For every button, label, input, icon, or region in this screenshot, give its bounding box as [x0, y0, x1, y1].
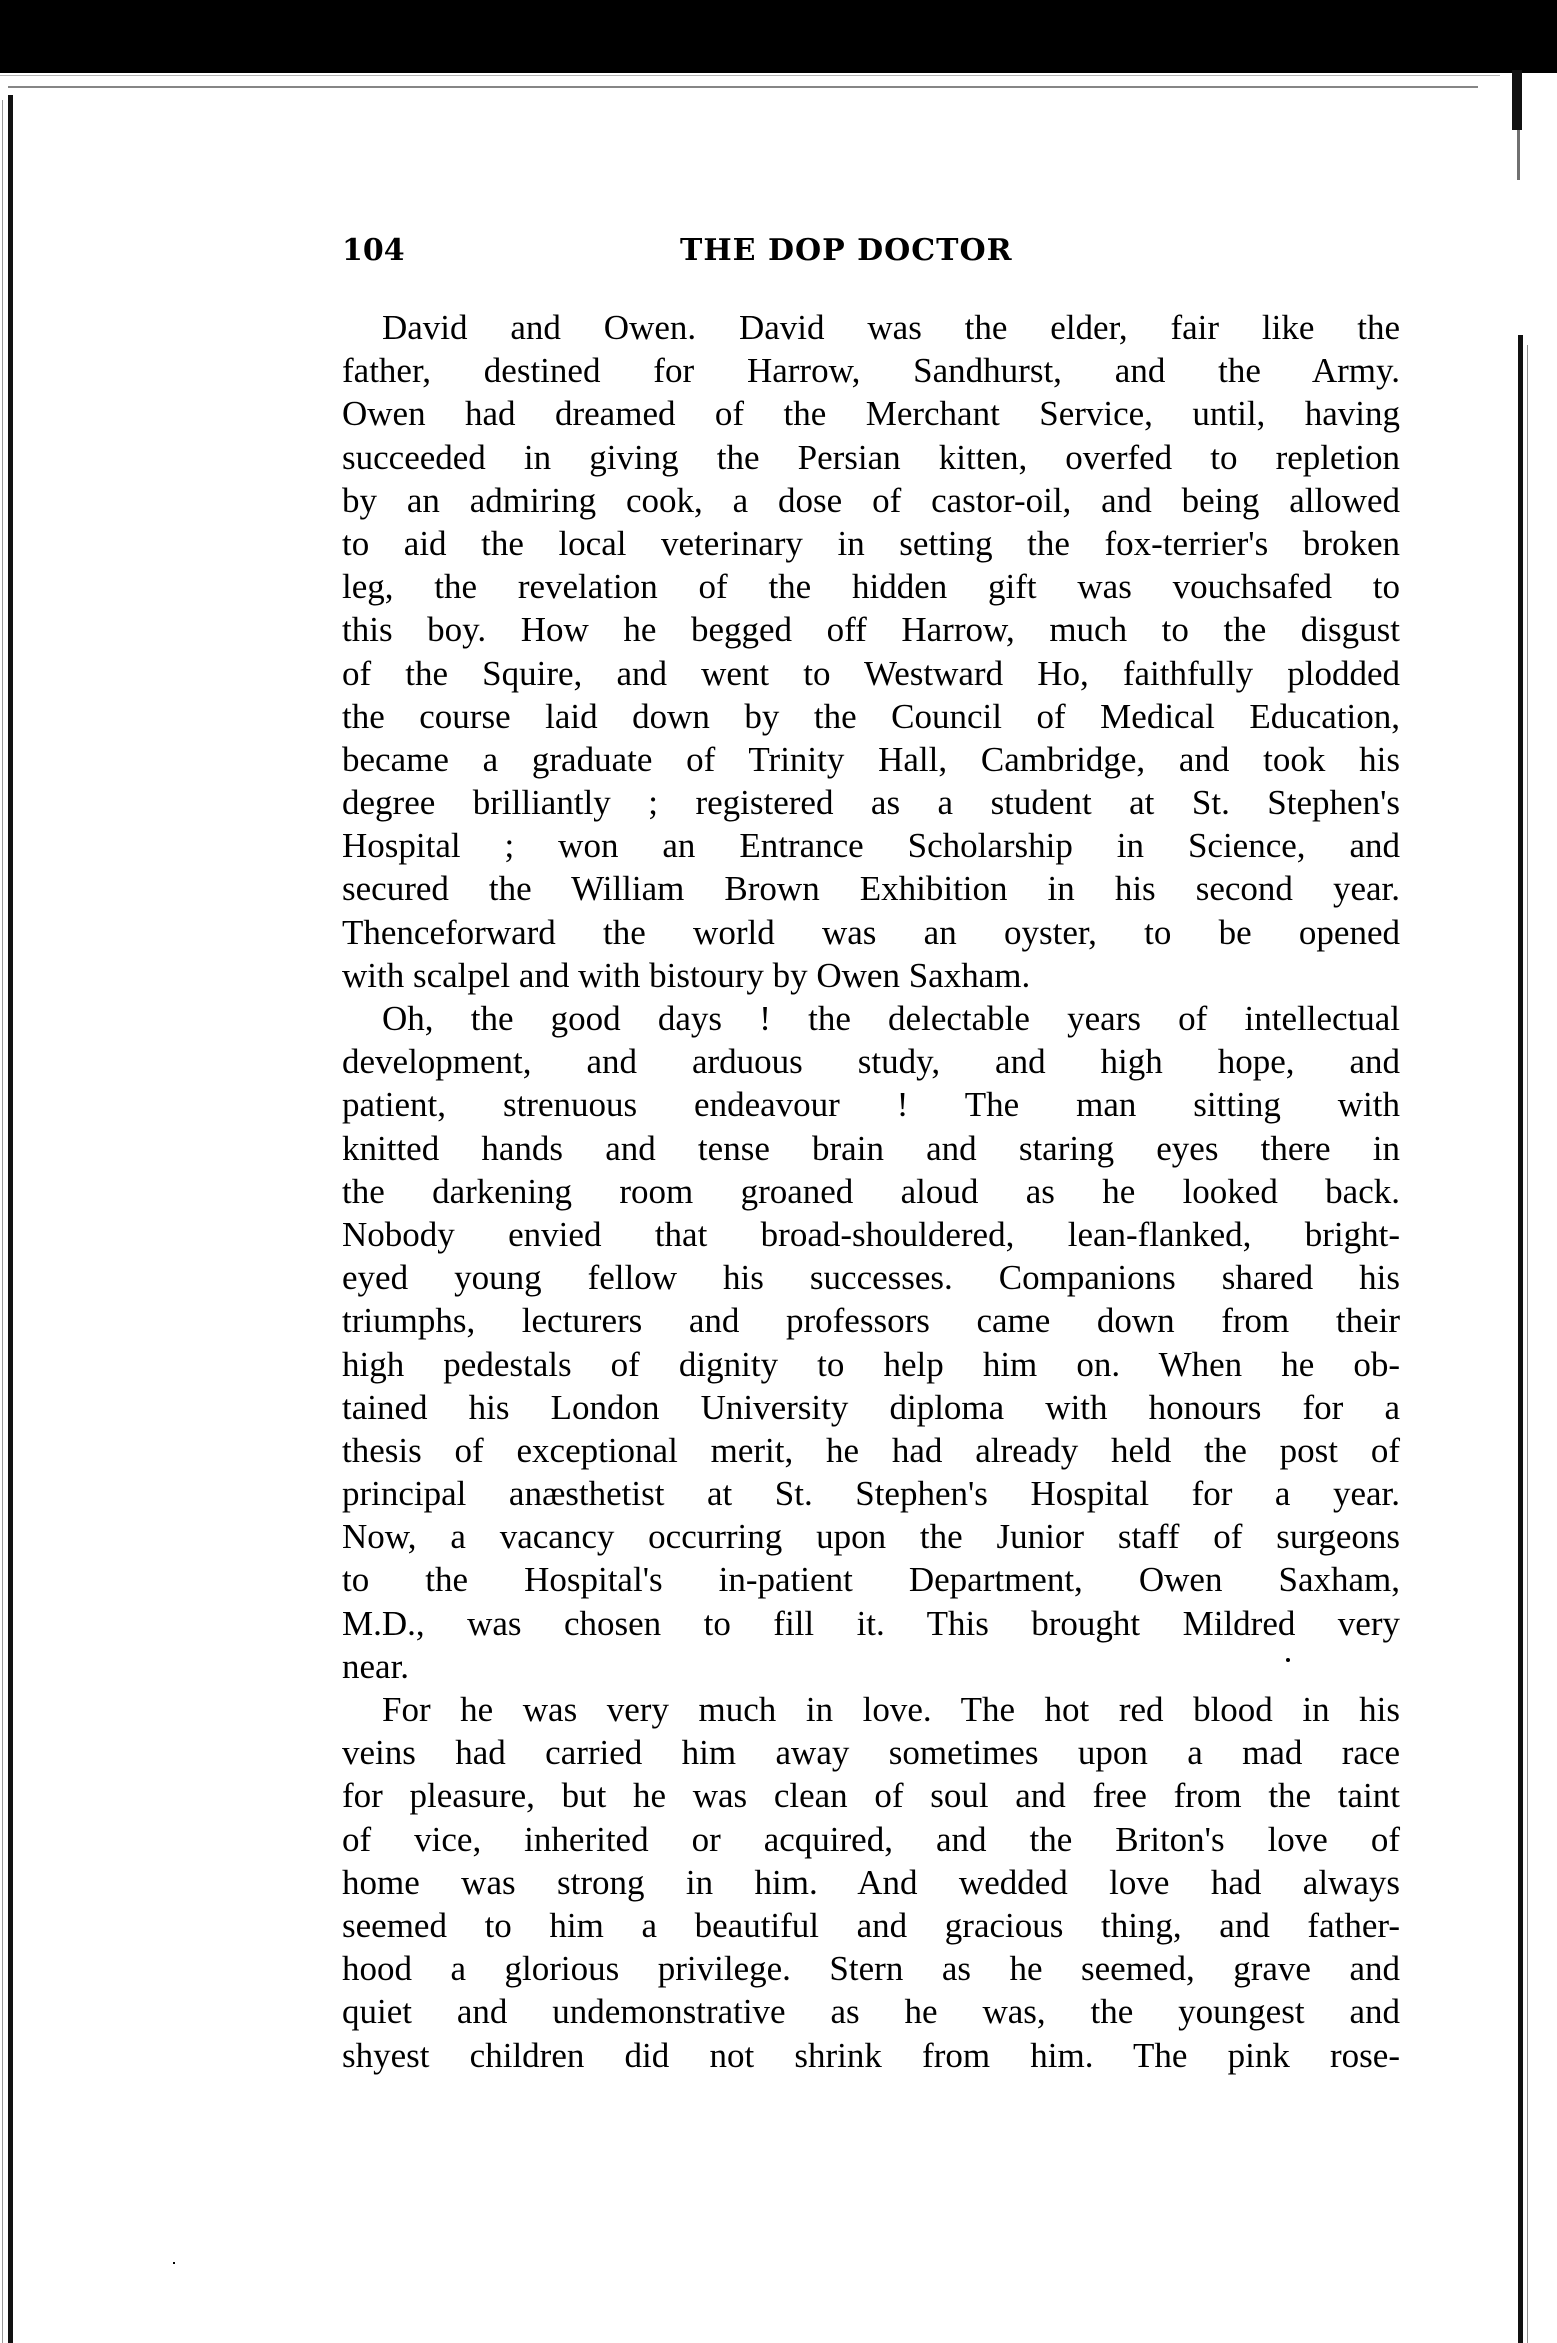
body-text: David and Owen. David was the elder, fai… — [342, 306, 1400, 2077]
page-number: 104 — [342, 233, 405, 268]
text-line: of the Squire, and went to Westward Ho, … — [342, 652, 1400, 695]
text-line: Oh, the good days ! the delectable years… — [342, 997, 1400, 1040]
ink-speck — [1286, 1658, 1290, 1662]
text-line: succeeded in giving the Persian kitten, … — [342, 436, 1400, 479]
text-line: For he was very much in love. The hot re… — [342, 1688, 1400, 1731]
text-line: high pedestals of dignity to help him on… — [342, 1343, 1400, 1386]
text-line: of vice, inherited or acquired, and the … — [342, 1818, 1400, 1861]
text-line: veins had carried him away sometimes upo… — [342, 1731, 1400, 1774]
text-line: Hospital ; won an Entrance Scholarship i… — [342, 824, 1400, 867]
text-line: to the Hospital's in-patient Department,… — [342, 1558, 1400, 1601]
page-corner-mark — [1512, 70, 1522, 130]
scan-black-band — [0, 0, 1557, 73]
text-line: principal anæsthetist at St. Stephen's H… — [342, 1472, 1400, 1515]
text-line: hood a glorious privilege. Stern as he s… — [342, 1947, 1400, 1990]
text-line: to aid the local veterinary in setting t… — [342, 522, 1400, 565]
text-line: by an admiring cook, a dose of castor-oi… — [342, 479, 1400, 522]
paragraph-3: For he was very much in love. The hot re… — [342, 1688, 1400, 2077]
book-gutter-left-edge — [8, 95, 13, 2343]
text-line: degree brilliantly ; registered as a stu… — [342, 781, 1400, 824]
text-line: Thenceforward the world was an oyster, t… — [342, 911, 1400, 954]
text-line: the darkening room groaned aloud as he l… — [342, 1170, 1400, 1213]
page-corner-mark-tail — [1517, 130, 1520, 180]
text-line: secured the William Brown Exhibition in … — [342, 867, 1400, 910]
text-line: triumphs, lecturers and professors came … — [342, 1299, 1400, 1342]
text-line: for pleasure, but he was clean of soul a… — [342, 1774, 1400, 1817]
text-line: father, destined for Harrow, Sandhurst, … — [342, 349, 1400, 392]
text-line: Now, a vacancy occurring upon the Junior… — [342, 1515, 1400, 1558]
text-line: with scalpel and with bistoury by Owen S… — [342, 954, 1400, 997]
paragraph-2: Oh, the good days ! the delectable years… — [342, 997, 1400, 1688]
text-line: Nobody envied that broad-shouldered, lea… — [342, 1213, 1400, 1256]
text-line: quiet and undemonstrative as he was, the… — [342, 1990, 1400, 2033]
text-line: knitted hands and tense brain and starin… — [342, 1127, 1400, 1170]
page-top-rule — [8, 86, 1478, 88]
page-right-thin-edge — [1527, 345, 1528, 2343]
book-gutter-left-thin-edge — [2, 100, 3, 2343]
text-line: David and Owen. David was the elder, fai… — [342, 306, 1400, 349]
ink-speck — [173, 2262, 175, 2264]
text-line: development, and arduous study, and high… — [342, 1040, 1400, 1083]
text-line: near. — [342, 1645, 1400, 1688]
text-line: shyest children did not shrink from him.… — [342, 2034, 1400, 2077]
text-line: leg, the revelation of the hidden gift w… — [342, 565, 1400, 608]
running-head: 104 THE DOP DOCTOR — [342, 233, 1400, 273]
text-line: this boy. How he begged off Harrow, much… — [342, 608, 1400, 651]
page-top-edge — [0, 75, 1500, 76]
text-line: thesis of exceptional merit, he had alre… — [342, 1429, 1400, 1472]
text-line: patient, strenuous endeavour ! The man s… — [342, 1083, 1400, 1126]
text-line: M.D., was chosen to fill it. This brough… — [342, 1602, 1400, 1645]
text-line: seemed to him a beautiful and gracious t… — [342, 1904, 1400, 1947]
text-line: home was strong in him. And wedded love … — [342, 1861, 1400, 1904]
text-line: became a graduate of Trinity Hall, Cambr… — [342, 738, 1400, 781]
text-line: the course laid down by the Council of M… — [342, 695, 1400, 738]
text-line: Owen had dreamed of the Merchant Service… — [342, 392, 1400, 435]
text-line: tained his London University diploma wit… — [342, 1386, 1400, 1429]
book-title: THE DOP DOCTOR — [680, 233, 1013, 268]
text-line: eyed young fellow his successes. Compani… — [342, 1256, 1400, 1299]
paragraph-1: David and Owen. David was the elder, fai… — [342, 306, 1400, 997]
page-right-edge — [1518, 335, 1523, 2343]
